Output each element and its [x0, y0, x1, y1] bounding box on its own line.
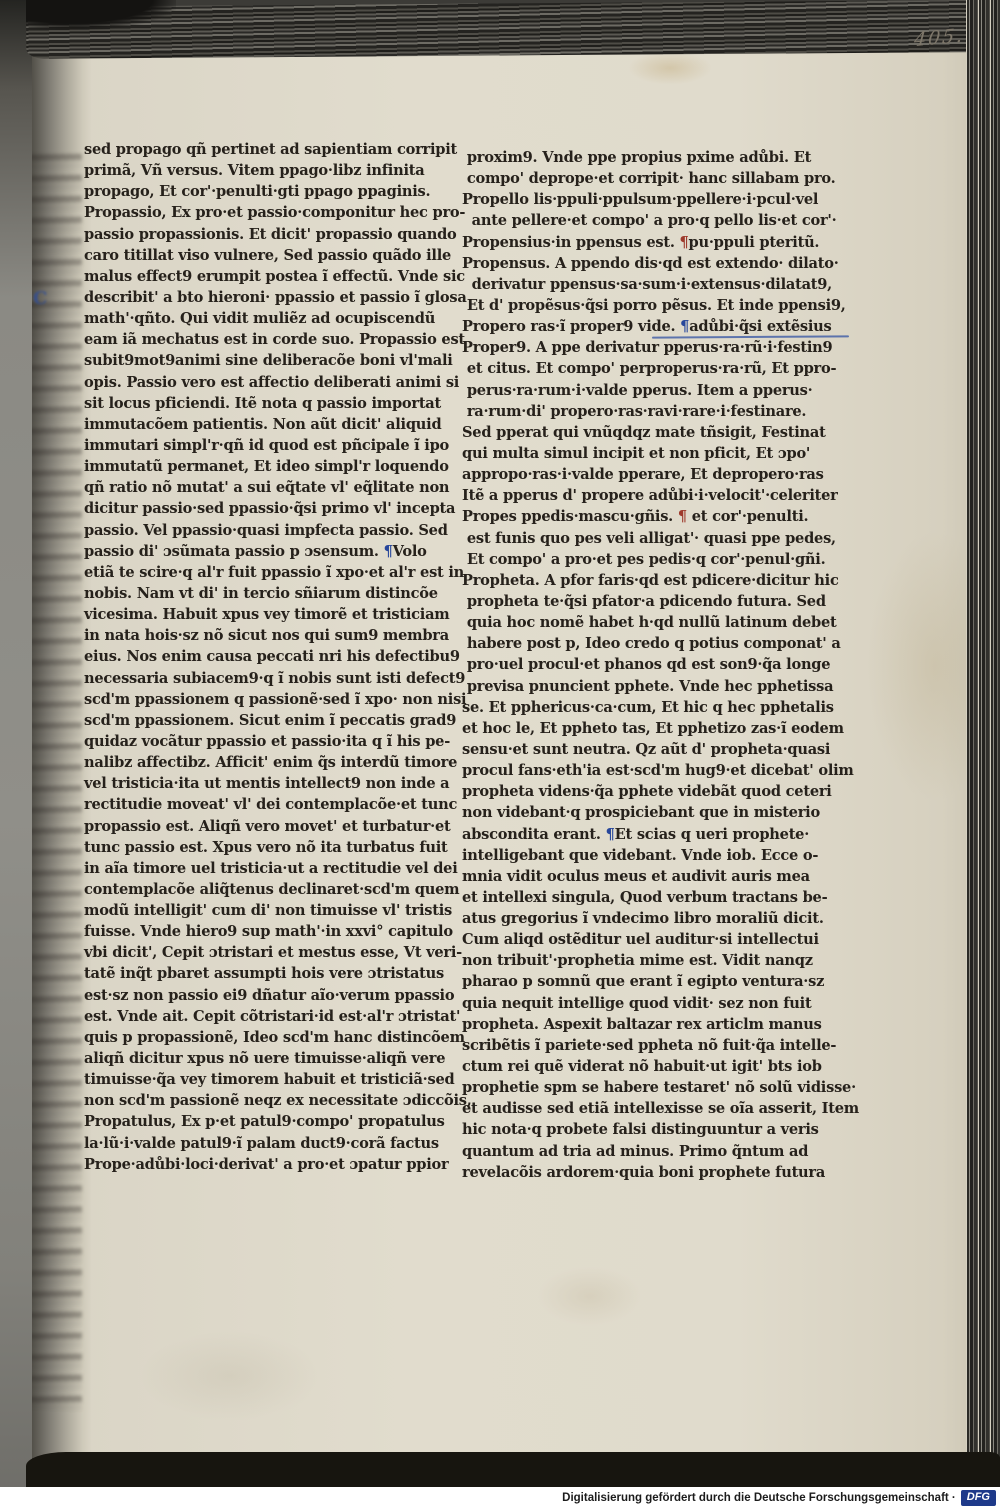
manuscript-text-line: fuisse. Vnde hiero9 sup math'·in xxvi° c… — [84, 921, 440, 942]
manuscript-text-line: aliqñ dicitur xpus nõ uere timuisse·aliq… — [84, 1048, 440, 1069]
manuscript-text-line: nobis. Nam vt di' in tercio sñiarum dist… — [84, 583, 440, 604]
manuscript-text-line: quidaz vocãtur ppassio et passio·ita q ĩ… — [84, 731, 440, 752]
manuscript-text-line: perus·ra·rum·i·valde pperus. Item a pper… — [462, 380, 818, 401]
manuscript-text-line: Propero ras·ĩ proper9 vide. ¶adůbi·q̃si … — [462, 316, 818, 337]
book-top-corner-shadow — [26, 0, 176, 30]
manuscript-text-line: immutatũ permanet, Et ideo simpl'r loque… — [84, 456, 440, 477]
blue-pilcrow: ¶ — [606, 826, 615, 843]
manuscript-text-line: Propheta. A pfor faris·qd est pdicere·di… — [462, 570, 818, 591]
manuscript-text-line: sensu·et sunt neutra. Qz aũt d' propheta… — [462, 739, 818, 760]
dfg-logo: DFG — [961, 1490, 996, 1506]
manuscript-text-line: et citus. Et compo' perproperus·ra·rũ, E… — [462, 358, 818, 379]
manuscript-text-line: in nata hois·sz nõ sicut nos qui sum9 me… — [84, 625, 440, 646]
manuscript-text-line: passio. Vel ppassio·quasi impfecta passi… — [84, 520, 440, 541]
manuscript-text-line: tatẽ inq̃t pbaret assumpti hois vere ɔtr… — [84, 963, 440, 984]
manuscript-text-line: atus gregorius ĩ vndecimo libro moraliũ … — [462, 908, 818, 929]
manuscript-text-line: propheta te·q̃si pfator·a pdicendo futur… — [462, 591, 818, 612]
manuscript-text-line: est funis quo pes veli alligat'· quasi p… — [462, 528, 818, 549]
manuscript-text-line: in aĩa timore uel tristicia·ut a rectitu… — [84, 858, 440, 879]
manuscript-text-line: eam iã mechatus est in corde suo. Propas… — [84, 329, 440, 350]
manuscript-text-line: propheta videns·q̃a pphete videbãt quod … — [462, 781, 818, 802]
manuscript-text-line: compo' deprope·et corripit· hanc sillaba… — [462, 168, 818, 189]
manuscript-text-line: et audisse sed etiã intellexisse se oĩa … — [462, 1098, 818, 1119]
manuscript-text-line: revelacõis ardorem·quia boni prophete fu… — [462, 1162, 818, 1183]
manuscript-text-line: nalibz affectibz. Afficit' enim q̃s inte… — [84, 752, 440, 773]
manuscript-text-line: Proper9. A ppe derivatur pperus·ra·rũ·i·… — [462, 337, 818, 358]
red-pilcrow: ¶ — [679, 234, 688, 251]
manuscript-text-line: Propello lis·ppuli·ppulsum·ppellere·i·pc… — [462, 189, 818, 210]
manuscript-text-line: caro titillat viso vulnere, Sed passio q… — [84, 245, 440, 266]
manuscript-text-line: Propes ppedis·mascu·gñis. ¶ et cor'·penu… — [462, 506, 818, 527]
manuscript-text-line: contemplacõe aliq̃tenus declinaret·scd'm… — [84, 879, 440, 900]
previous-page-blue-initial: C — [33, 288, 47, 308]
manuscript-text-line: hic nota·q probete falsi distinguuntur a… — [462, 1119, 818, 1140]
manuscript-text-line: procul fans·eth'ia est·scd'm hug9·et dic… — [462, 760, 818, 781]
manuscript-text-line: necessaria subiacem9·q ĩ nobis sunt isti… — [84, 668, 440, 689]
manuscript-text-line: Cum aliqd ostẽditur uel auditur·si intel… — [462, 929, 818, 950]
manuscript-scan-page: C 405. sed propago qñ pertinet ad sapien… — [0, 0, 1000, 1508]
manuscript-text-line: passio propassionis. Et dicit' propassio… — [84, 224, 440, 245]
manuscript-text-line: habere post p, Ideo credo q potius compo… — [462, 633, 818, 654]
manuscript-text-line: Itẽ a pperus d' propere adůbi·i·velocit'… — [462, 485, 818, 506]
scan-background-left-strip — [0, 0, 32, 1490]
manuscript-text-line: se. Et pphericus·ca·cum, Et hic q hec pp… — [462, 697, 818, 718]
manuscript-text-line: Propensius·in ppensus est. ¶pu·ppuli pte… — [462, 232, 818, 253]
manuscript-text-line: sit locus pficiendi. Itẽ nota q passio i… — [84, 393, 440, 414]
manuscript-text-line: ante pellere·et compo' a pro·q pello lis… — [462, 210, 818, 231]
manuscript-text-line: propassio est. Aliqñ vero movet' et turb… — [84, 816, 440, 837]
manuscript-text-line: et intellexi singula, Quod verbum tracta… — [462, 887, 818, 908]
manuscript-text-line: malus effect9 erumpit postea ĩ effectũ. … — [84, 266, 440, 287]
manuscript-text-line: eius. Nos enim causa peccati nri his def… — [84, 646, 440, 667]
manuscript-text-line: non tribuit'·prophetia mime est. Vidit n… — [462, 950, 818, 971]
manuscript-text-line: math'·qñto. Qui vidit muliẽz ad ocupisce… — [84, 308, 440, 329]
manuscript-text-line: quia nequit intellige quod vidit· sez no… — [462, 993, 818, 1014]
manuscript-text-line: scribẽtis ĩ pariete·sed ppheta nõ fuit·q… — [462, 1035, 818, 1056]
manuscript-text-line: est. Vnde ait. Cepit cõtristari·id est·a… — [84, 1006, 440, 1027]
manuscript-text-line: et hoc le, Et ppheto tas, Et pphetizo za… — [462, 718, 818, 739]
manuscript-text-line: tunc passio est. Xpus vero nõ ita turbat… — [84, 837, 440, 858]
manuscript-text-line: Sed pperat qui vnũqdqz mate tñsigit, Fes… — [462, 422, 818, 443]
manuscript-text-line: scd'm ppassionem q passionẽ·sed ĩ xpo· n… — [84, 689, 440, 710]
manuscript-text-line: dicitur passio·sed ppassio·q̃si primo vl… — [84, 498, 440, 519]
manuscript-text-line: vel tristicia·ita ut mentis intellect9 n… — [84, 773, 440, 794]
manuscript-text-line: immutari simpl'r·qñ id quod est pñcipale… — [84, 435, 440, 456]
manuscript-text-line: appropo·ras·i·valde pperare, Et deproper… — [462, 464, 818, 485]
manuscript-text-line: est·sz non passio ei9 dñatur aĩo·verum p… — [84, 985, 440, 1006]
footer-credit-text: Digitalisierung gefördert durch die Deut… — [562, 1492, 956, 1504]
manuscript-text-line: sed propago qñ pertinet ad sapientiam co… — [84, 139, 440, 160]
manuscript-text-line: timuisse·q̃a vey timorem habuit et trist… — [84, 1069, 440, 1090]
manuscript-text-line: intelligebant que videbant. Vnde iob. Ec… — [462, 845, 818, 866]
manuscript-text-line: scd'm ppassionem. Sicut enim ĩ peccatis … — [84, 710, 440, 731]
manuscript-text-line: quantum ad tria ad minus. Primo q̃ntum a… — [462, 1141, 818, 1162]
manuscript-text-line: abscondita erant. ¶Et scias q ueri proph… — [462, 824, 818, 845]
manuscript-text-line: Et compo' a pro·et pes pedis·q cor'·penu… — [462, 549, 818, 570]
manuscript-text-line: primã, Vñ versus. Vitem ppago·libz infin… — [84, 160, 440, 181]
book-right-page-edges — [966, 0, 1000, 1462]
manuscript-text-line: qñ ratio nõ mutat' a sui eq̃tate vl' eq̃… — [84, 477, 440, 498]
manuscript-text-line: non videbant·q prospiciebant que in mist… — [462, 802, 818, 823]
manuscript-text-line: quia hoc nomẽ habet h·qd nullũ latinum d… — [462, 612, 818, 633]
manuscript-text-line: proxim9. Vnde ppe propius pxime adůbi. E… — [462, 147, 818, 168]
text-column-left: sed propago qñ pertinet ad sapientiam co… — [84, 139, 440, 1175]
manuscript-text-line: propago, Et cor'·penulti·gti ppago ppagi… — [84, 181, 440, 202]
manuscript-text-line: qui multa simul incipit et non pficit, E… — [462, 443, 818, 464]
manuscript-text-line: subit9mot9animi sine deliberacõe boni vl… — [84, 350, 440, 371]
blue-pilcrow: ¶ — [680, 318, 689, 335]
previous-page-ghost-text — [28, 149, 82, 1412]
manuscript-text-line: Propassio, Ex pro·et passio·componitur h… — [84, 202, 440, 223]
red-pilcrow: ¶ — [678, 508, 687, 525]
manuscript-text-line: describit' a bto hieroni· ppassio et pas… — [84, 287, 440, 308]
manuscript-text-line: opis. Passio vero est affectio deliberat… — [84, 372, 440, 393]
manuscript-text-line: quis p propassionẽ, Ideo scd'm hanc dist… — [84, 1027, 440, 1048]
manuscript-text-line: modũ intelligit' cum di' non timuisse vl… — [84, 900, 440, 921]
manuscript-text-line: Prope·adůbi·loci·derivat' a pro·et ɔpatu… — [84, 1154, 440, 1175]
manuscript-text-line: previsa pnuncient pphete. Vnde hec pphet… — [462, 676, 818, 697]
manuscript-text-line: propheta. Aspexit baltazar rex articlm m… — [462, 1014, 818, 1035]
manuscript-text-line: rectitudie moveat' vl' dei contemplacõe·… — [84, 794, 440, 815]
manuscript-text-line: vicesima. Habuit xpus vey timorẽ et tris… — [84, 604, 440, 625]
scan-bottom-shadow — [26, 1452, 1000, 1488]
blue-pilcrow: ¶ — [384, 543, 393, 560]
digitization-footer: Digitalisierung gefördert durch die Deut… — [0, 1487, 1000, 1508]
manuscript-text-line: derivatur ppensus·sa·sum·i·extensus·dila… — [462, 274, 818, 295]
manuscript-text-line: ra·rum·di' propero·ras·ravi·rare·i·festi… — [462, 401, 818, 422]
manuscript-text-line: vbi dicit', Cepit ɔtristari et mestus es… — [84, 942, 440, 963]
manuscript-text-line: passio di' ɔsũmata passio p ɔsensum. ¶Vo… — [84, 541, 440, 562]
manuscript-text-line: Propensus. A ppendo dis·qd est extendo· … — [462, 253, 818, 274]
manuscript-text-line: pharao p somnũ que erant ĩ egipto ventur… — [462, 971, 818, 992]
manuscript-text-line: ctum rei quẽ viderat nõ habuit·ut igit' … — [462, 1056, 818, 1077]
manuscript-text-line: etiã te scire·q al'r fuit ppassio ĩ xpo·… — [84, 562, 440, 583]
manuscript-text-line: Propatulus, Ex p·et patul9·compo' propat… — [84, 1111, 440, 1132]
manuscript-text-line: immutacõem patientis. Non aũt dicit' ali… — [84, 414, 440, 435]
manuscript-text-line: pro·uel procul·et phanos qd est son9·q̃a… — [462, 654, 818, 675]
manuscript-text-line: non scd'm passionẽ neqz ex necessitate ɔ… — [84, 1090, 440, 1111]
manuscript-text-line: prophetie spm se habere testaret' nõ sol… — [462, 1077, 818, 1098]
manuscript-text-line: la·lũ·i·valde patul9·ĩ palam duct9·corã … — [84, 1133, 440, 1154]
manuscript-text-line: mnia vidit oculus meus et audivit auris … — [462, 866, 818, 887]
manuscript-text-line: Et d' propẽsus·q̃si porro pẽsus. Et inde… — [462, 295, 818, 316]
text-column-right: proxim9. Vnde ppe propius pxime adůbi. E… — [462, 147, 818, 1183]
